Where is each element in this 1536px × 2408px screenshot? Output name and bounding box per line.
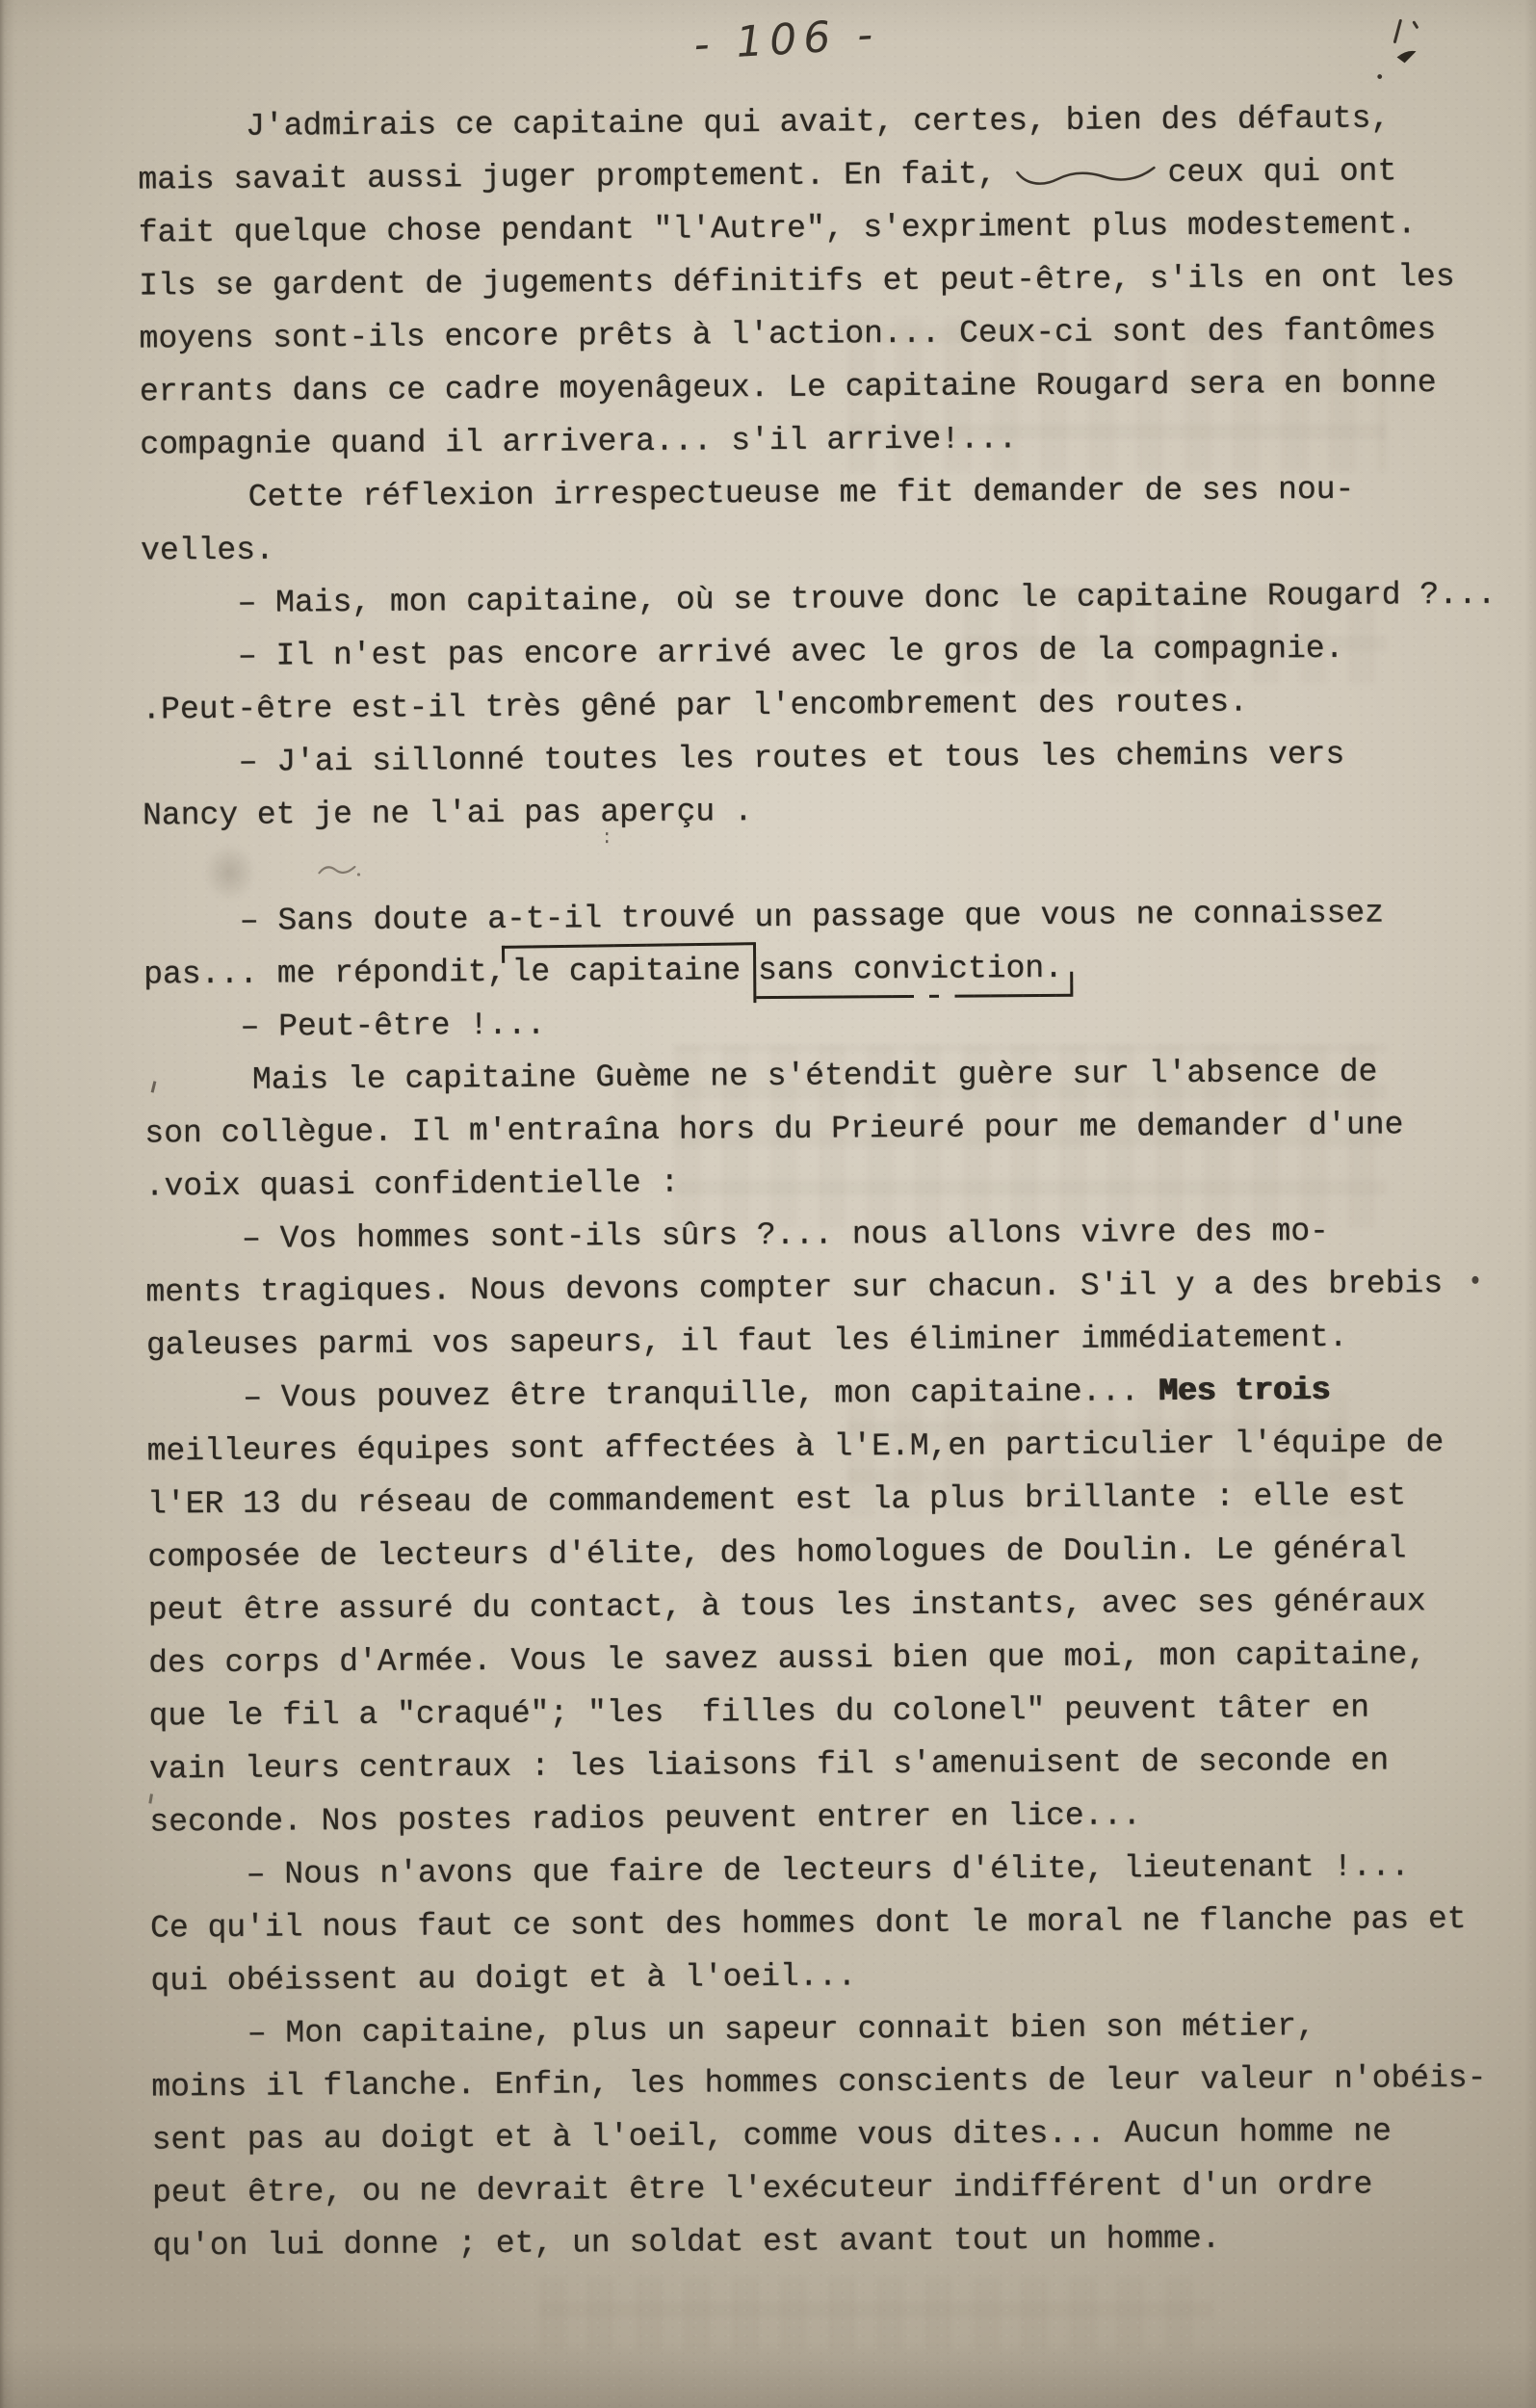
typed-line: moins il flanche. Enfin, les hommes cons… [151, 2052, 1485, 2114]
typed-line: J'admirais ce capitaine qui avait, certe… [138, 92, 1471, 154]
text-segment: – Vous pouvez être tranquille, mon capit… [243, 1374, 1159, 1416]
typed-line: – Peut-être !... [143, 992, 1477, 1055]
typed-line: sent pas au doigt et à l'oeil, comme vou… [151, 2105, 1485, 2167]
typed-line: qui obéissent au doigt et à l'oeil... [150, 1946, 1484, 2008]
typed-line: Ils se gardent de jugements définitifs e… [139, 250, 1472, 313]
typed-line: son collègue. Il m'entraîna hors du Prie… [144, 1098, 1478, 1161]
text-segment: pas... me répondit, [143, 955, 507, 993]
typed-line: – J'ai sillonné toutes les routes et tou… [142, 727, 1475, 790]
scanned-page: { "page": { "number_label": "- 106 -", "… [0, 0, 1536, 2408]
typed-line: pas... me répondit,le capitainesans conv… [143, 939, 1477, 1002]
typed-line: composée de lecteurs d'élite, des homolo… [147, 1522, 1481, 1584]
pencil-smudge [202, 844, 256, 902]
handwritten-page-number: - 106 - [692, 10, 880, 69]
typed-line: Cette réflexion irrespectueuse me fit de… [141, 462, 1474, 525]
typed-line: – Vos hommes sont-ils sûrs ?... nous all… [145, 1204, 1479, 1267]
text-segment: mais savait aussi juger promptement. En … [138, 156, 996, 197]
typed-line: – Il n'est pas encore arrivé avec le gro… [142, 621, 1475, 684]
typed-line: vain leurs centraux : les liaisons fil s… [149, 1734, 1483, 1796]
typed-line: compagnie quand il arrivera... s'il arri… [140, 409, 1473, 472]
typed-line: – Nous n'avons que faire de lecteurs d'é… [150, 1840, 1484, 1902]
stray-dots: · · [601, 831, 622, 839]
ink-scribble [1367, 7, 1457, 89]
typed-line: .Peut-être est-il très gêné par l'encomb… [142, 674, 1475, 737]
underlined-text-annotation: sans conviction. [758, 951, 1063, 988]
typed-line: errants dans ce cadre moyenâgeux. Le cap… [140, 356, 1473, 419]
typed-line: que le fil a "craqué"; "les filles du co… [148, 1681, 1482, 1743]
typed-line: meilleures équipes sont affectées à l'E.… [146, 1416, 1480, 1479]
typed-line: peut être, ou ne devrait être l'exécuteu… [152, 2158, 1486, 2220]
typed-line: velles. [141, 515, 1474, 578]
typed-line: galeuses parmi vos sapeurs, il faut les … [146, 1310, 1480, 1373]
typed-line: seconde. Nos postes radios peuvent entre… [149, 1787, 1483, 1849]
typed-line: Ce qu'il nous faut ce sont des hommes do… [150, 1893, 1484, 1955]
double-struck-text: Mes trois [1159, 1373, 1330, 1409]
typed-line: – Vous pouvez être tranquille, mon capit… [146, 1363, 1480, 1426]
typed-line: ments tragiques. Nous devons compter sur… [145, 1257, 1479, 1320]
typed-text-block: J'admirais ce capitaine qui avait, certe… [138, 92, 1487, 2273]
typed-line: qu'on lui donne ; et, un soldat est avan… [152, 2211, 1486, 2273]
typed-line: peut être assuré du contact, à tous les … [148, 1575, 1482, 1637]
typed-line: – Sans doute a-t-il trouvé un passage qu… [143, 886, 1477, 949]
typed-line: moyens sont-ils encore prêts à l'action.… [139, 303, 1472, 366]
typed-line: Mais le capitaine Guème ne s'étendit guè… [144, 1045, 1478, 1108]
typed-line: mais savait aussi juger promptement. En … [138, 144, 1471, 207]
typed-line: des corps d'Armée. Vous le savez aussi b… [148, 1628, 1482, 1690]
boxed-text-annotation: le capitaine [511, 953, 741, 990]
typed-line: – Mon capitaine, plus un sapeur connait … [151, 1999, 1485, 2061]
handwritten-squiggle [316, 860, 362, 879]
typed-line: fait quelque chose pendant "l'Autre", s'… [139, 197, 1472, 260]
typed-line: Nancy et je ne l'ai pas aperçu . [143, 780, 1476, 843]
typed-line: l'ER 13 du réseau de commandement est la… [147, 1469, 1481, 1531]
text-segment: ceux qui ont [1167, 153, 1396, 191]
typed-line: .voix quasi confidentielle : [145, 1151, 1479, 1214]
stray-dot [1471, 1276, 1478, 1284]
typed-line: – Mais, mon capitaine, où se trouve donc… [141, 568, 1474, 631]
page-content: - 106 - J'admirais ce capitaine qui avai… [0, 0, 1536, 2408]
handwritten-link-mark [1013, 162, 1158, 188]
